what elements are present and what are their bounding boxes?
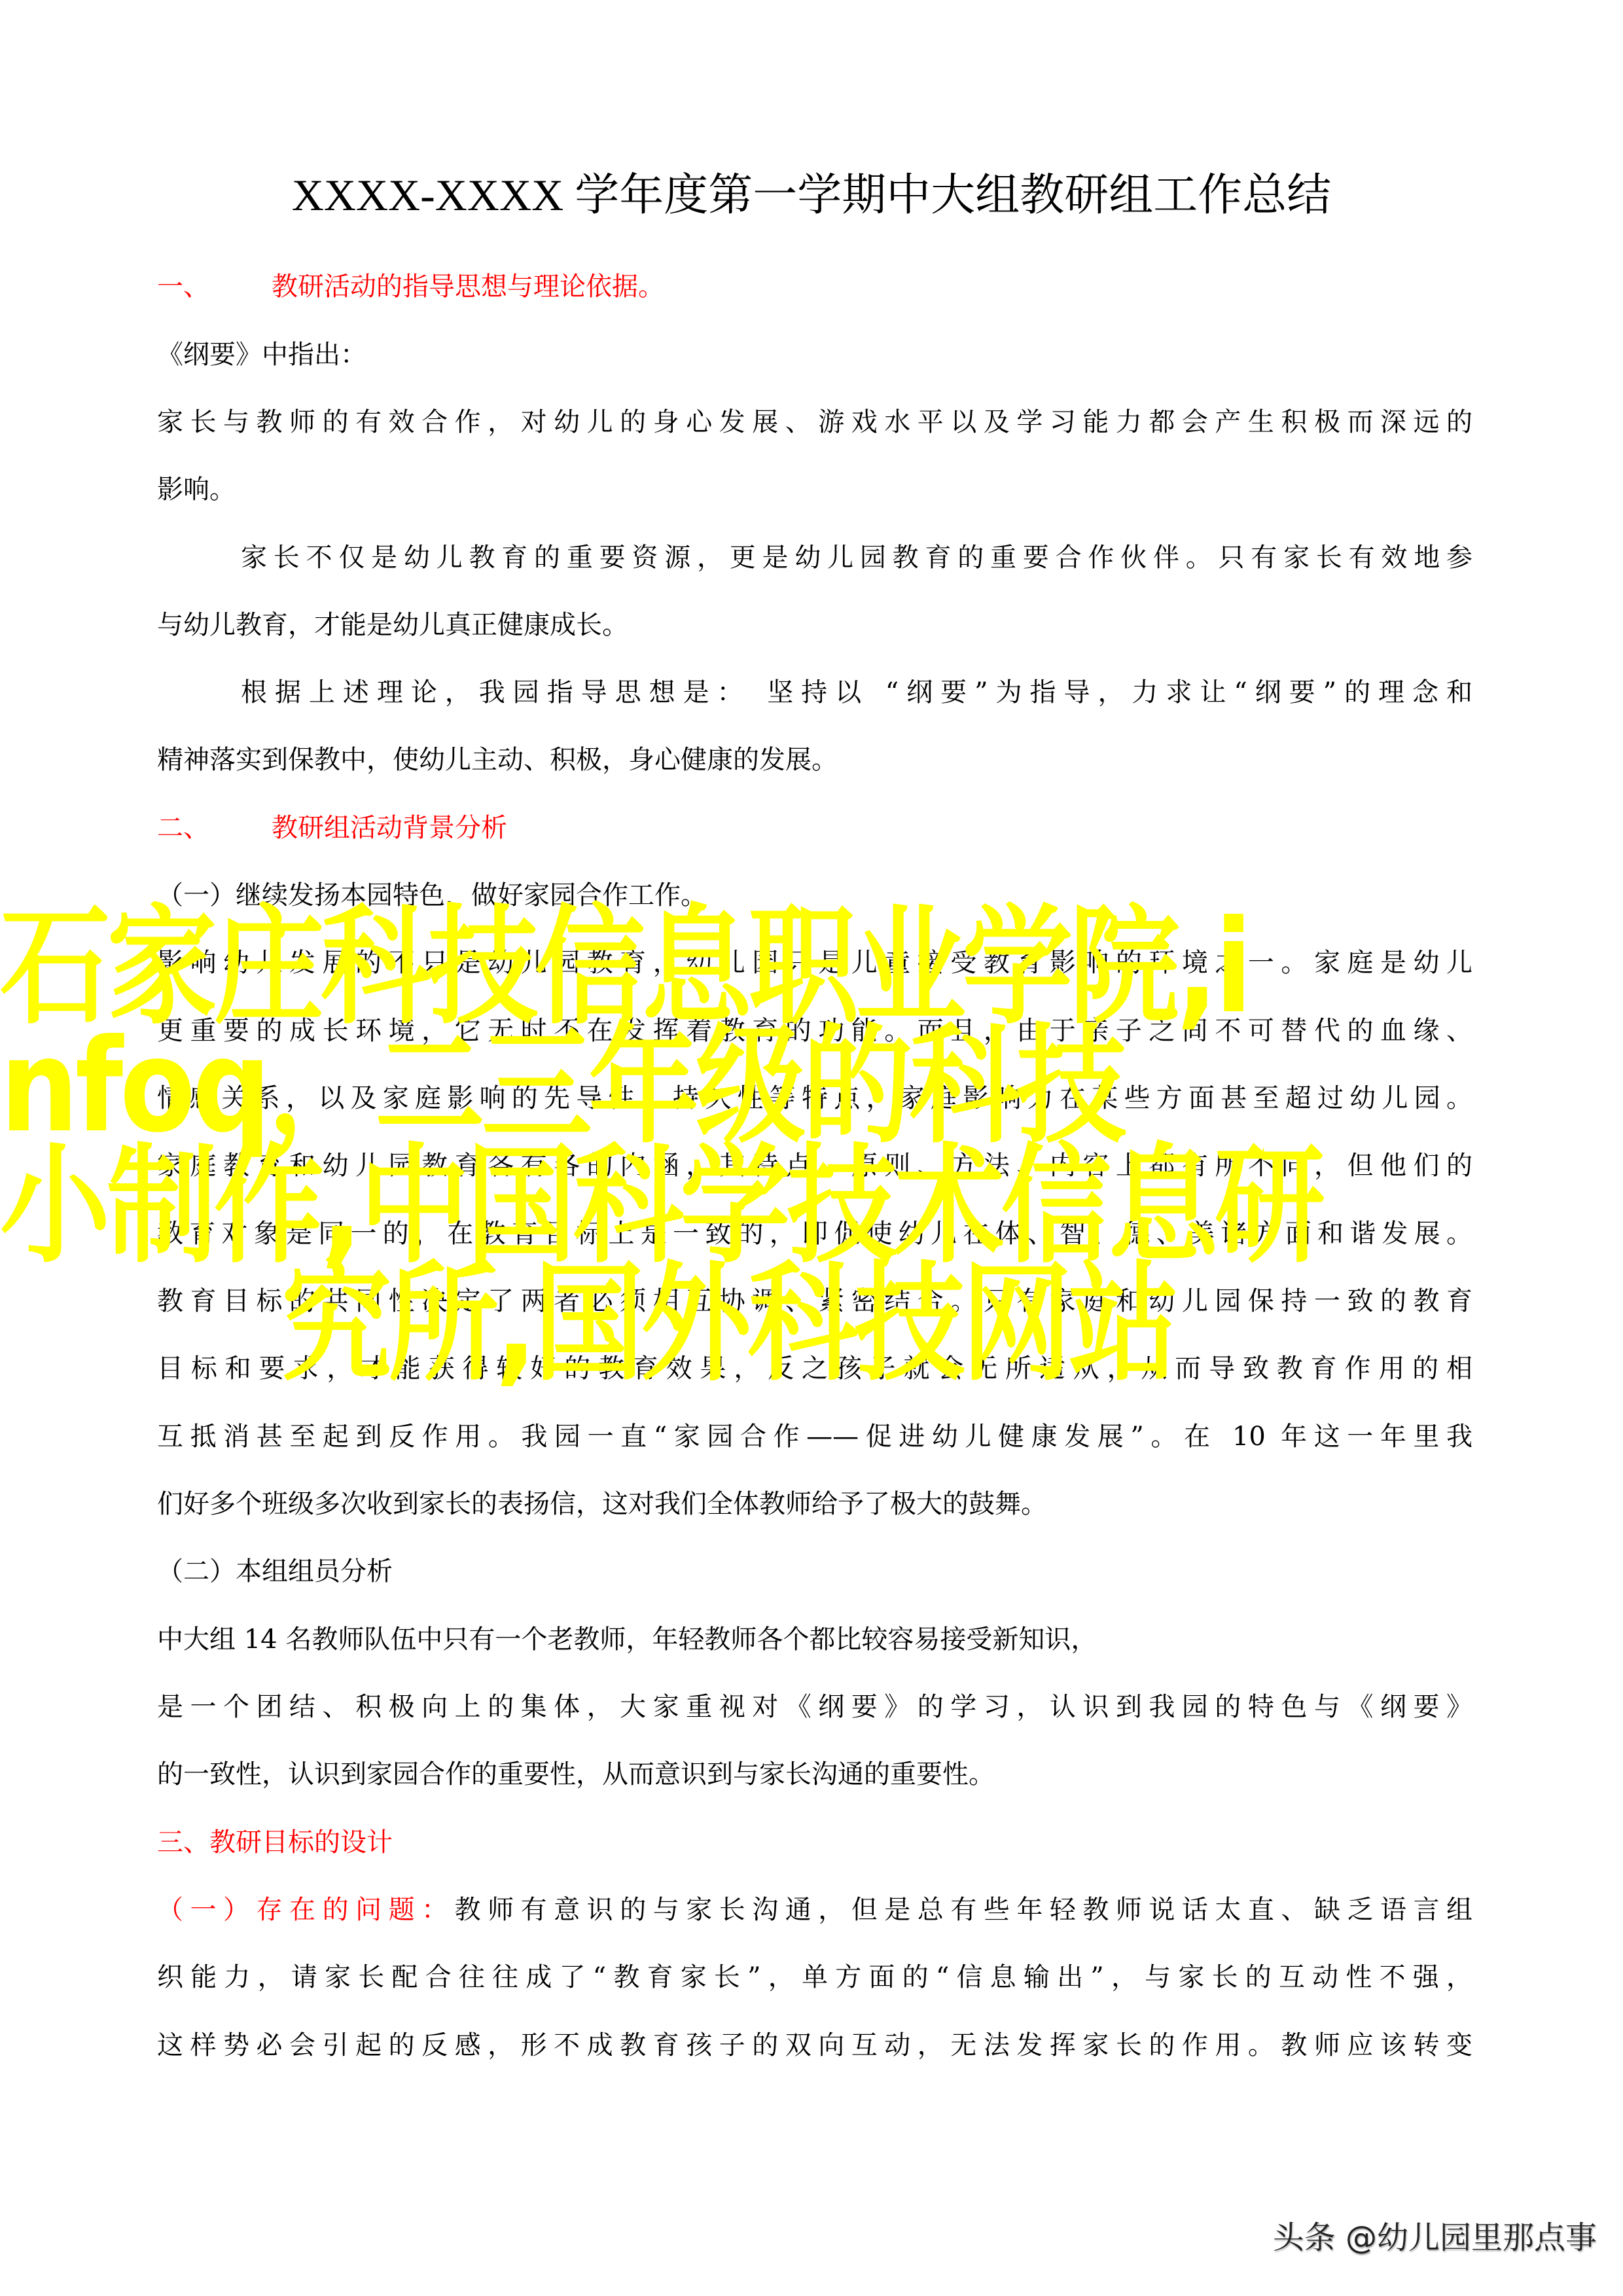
source-watermark: 头条 @幼儿园里那点事	[1273, 2212, 1597, 2257]
section-heading-text: 教研活动的指导思想与理论依据。	[272, 272, 664, 302]
paragraph-line: 影响幼儿发展的不只是幼儿园教育，幼儿园只是儿童接受教育影响的环境之一。家庭是幼儿	[157, 943, 1472, 982]
subheading: （二）本组组员分析	[157, 1552, 1472, 1591]
document-title: XXXX-XXXX 学年度第一学期中大组教研组工作总结	[0, 162, 1623, 228]
paragraph-line: 家长不仅是幼儿教育的重要资源，更是幼儿园教育的重要合作伙伴。只有家长有效地参	[157, 538, 1472, 577]
subheading: （一）继续发扬本园特色，做好家园合作工作。	[157, 876, 1472, 915]
section-number: 二、	[157, 808, 272, 848]
paragraph-line: 织能力，请家长配合往往成了“教育家长”，单方面的“信息输出”，与家长的互动性不强…	[157, 1958, 1472, 1997]
section-heading-text: 教研组活动背景分析	[272, 813, 507, 843]
paragraph-line: （一）存在的问题：教师有意识的与家长沟通，但是总有些年轻教师说话太直、缺乏语言组	[157, 1890, 1472, 1929]
paragraph-line: 目标和要求，才能获得较好的教育效果，反之孩子就会无所适从，从而导致教育作用的相	[157, 1349, 1472, 1388]
paragraph-line: 互抵消甚至起到反作用。我园一直“家园合作——促进幼儿健康发展”。在 10 年这一…	[157, 1417, 1472, 1456]
paragraph-line: 影响。	[157, 470, 1472, 509]
paragraph-line: 与幼儿教育，才能是幼儿真正健康成长。	[157, 605, 1472, 645]
paragraph-line: 们好多个班级多次收到家长的表扬信，这对我们全体教师给予了极大的鼓舞。	[157, 1484, 1472, 1524]
paragraph-line: 《纲要》中指出：	[157, 335, 1472, 374]
section-number: 一、	[157, 267, 272, 306]
paragraph-line: 精神落实到保教中，使幼儿主动、积极，身心健康的发展。	[157, 740, 1472, 780]
paragraph-line: 是一个团结、积极向上的集体，大家重视对《纲要》的学习，认识到我园的特色与《纲要》	[157, 1687, 1472, 1727]
paragraph-line: 教育对象是同一的，在教育目标上是一致的，即促使幼儿在体、智、德、美诸方面和谐发展…	[157, 1214, 1472, 1253]
paragraph-text: 教师有意识的与家长沟通，但是总有些年轻教师说话太直、缺乏语言组	[455, 1895, 1472, 1925]
section-heading-2: 二、教研组活动背景分析	[157, 808, 1472, 848]
paragraph-line: 根据上述理论，我园指导思想是： 坚持以 “纲要”为指导，力求让“纲要”的理念和	[157, 673, 1472, 712]
paragraph-line: 情感关系，以及家庭影响的先导性、持久性等特点，家庭影响力在某些方面甚至超过幼儿园…	[157, 1079, 1472, 1118]
paragraph-line: 家庭教育和幼儿园教育各有各的内涵，其特点、原则、方法、内容上都有所不同，但他们的	[157, 1146, 1472, 1185]
paragraph-line: 家长与教师的有效合作，对幼儿的身心发展、游戏水平以及学习能力都会产生积极而深远的	[157, 403, 1472, 442]
paragraph-line: 教育目标的共同性决定了两者必须相互协调、紧密结合。只有家庭和幼儿园保持一致的教育	[157, 1282, 1472, 1321]
paragraph-line: 这样势必会引起的反感，形不成教育孩子的双向互动，无法发挥家长的作用。教师应该转变	[157, 2026, 1472, 2065]
section-heading-3: 三、教研目标的设计	[157, 1823, 1472, 1862]
section-heading-1: 一、教研活动的指导思想与理论依据。	[157, 267, 1472, 306]
document-page: XXXX-XXXX 学年度第一学期中大组教研组工作总结 一、教研活动的指导思想与…	[0, 0, 1623, 2296]
problem-subheading: （一）存在的问题：	[157, 1895, 455, 1925]
paragraph-line: 中大组 14 名教师队伍中只有一个老教师，年轻教师各个都比较容易接受新知识，	[157, 1620, 1472, 1659]
paragraph-line: 更重要的成长环境，它无时不在发挥着教育的功能。而且，由于亲子之间不可替代的血缘、	[157, 1011, 1472, 1050]
paragraph-line: 的一致性，认识到家园合作的重要性，从而意识到与家长沟通的重要性。	[157, 1755, 1472, 1794]
